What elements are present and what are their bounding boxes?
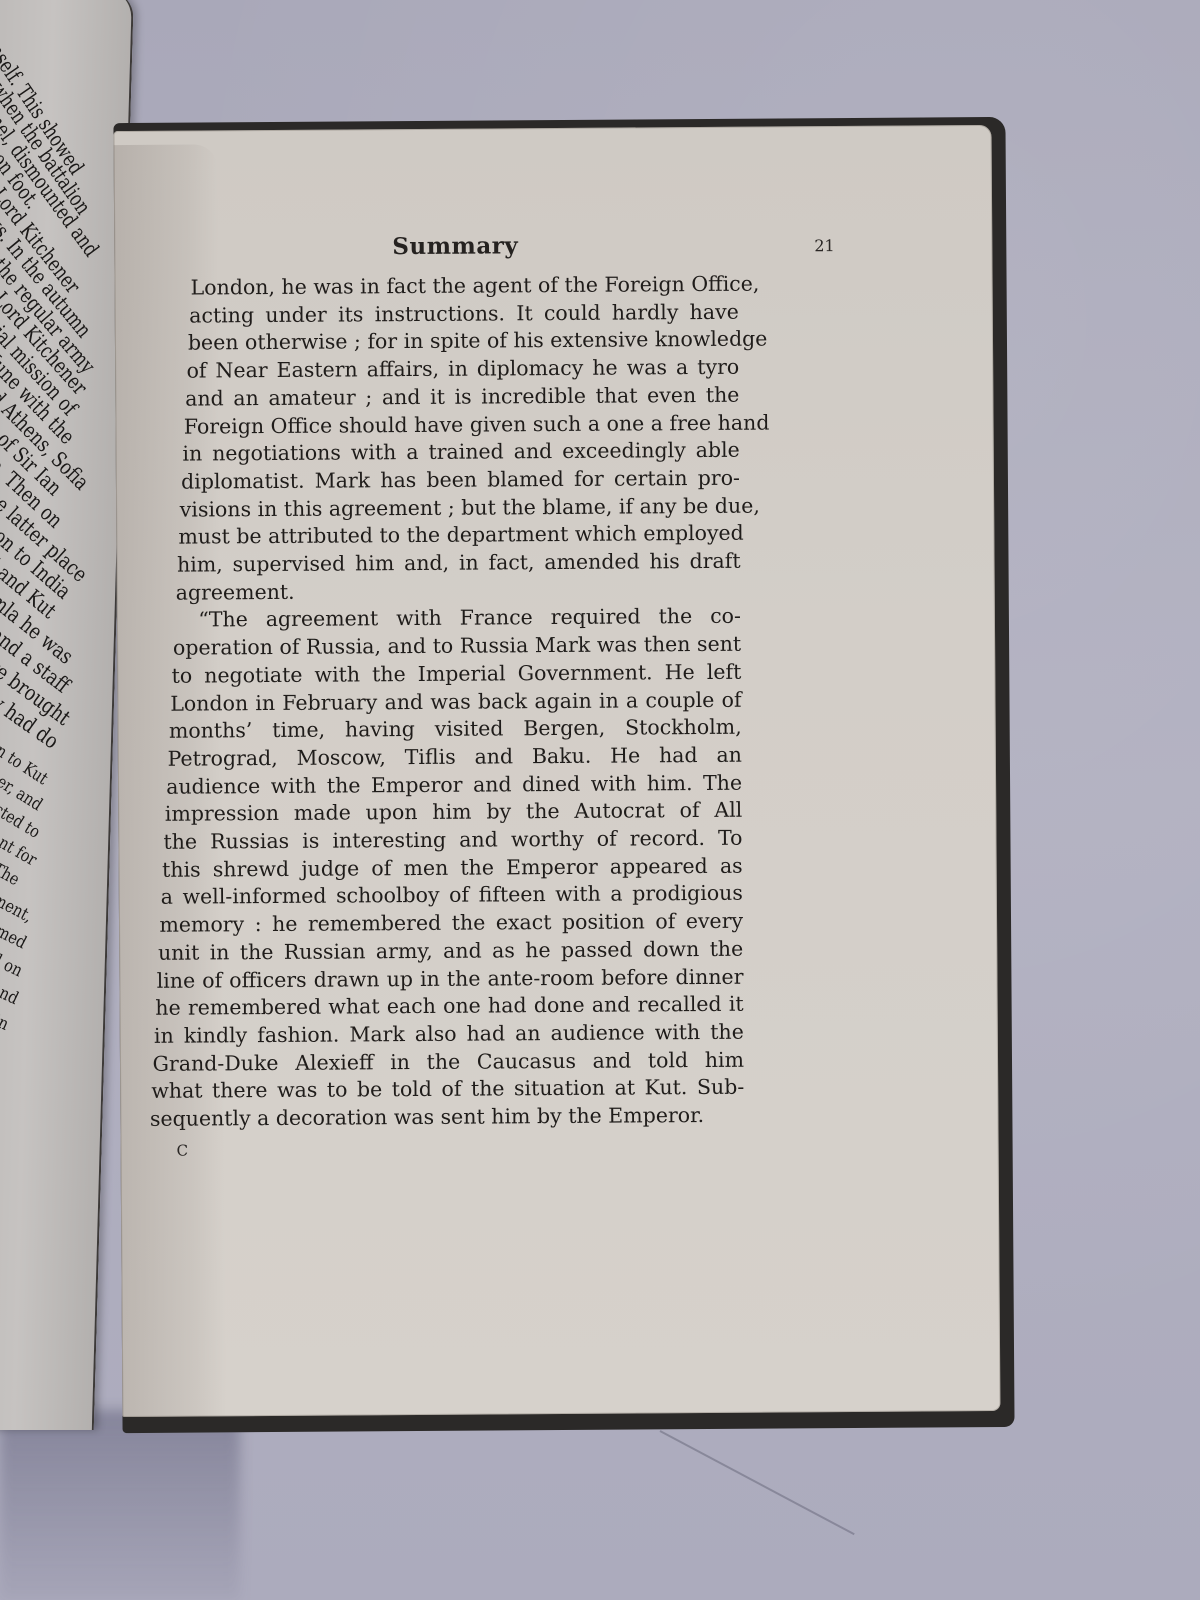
left-text-line: es — [0, 0, 5, 18]
text-line: operation of Russia, and to Russia Mark … — [173, 631, 741, 662]
text-line: line of officers drawn up in the ante-ro… — [157, 963, 744, 994]
text-line: “The agreement with France required the … — [198, 603, 741, 634]
page-number: 21 — [814, 236, 834, 255]
running-title: Summary — [392, 232, 518, 260]
text-line: agreement. — [176, 579, 295, 607]
book-shadow — [0, 1410, 240, 1600]
text-line: must be attributed to the department whi… — [178, 520, 740, 551]
text-line: a well-informed schoolboy of fifteen wit… — [161, 880, 743, 911]
text-line: memory : he remembered the exact positio… — [159, 908, 743, 939]
text-line: to negotiate with the Imperial Governmen… — [172, 659, 742, 690]
text-line: impression made upon him by the Autocrat… — [165, 797, 743, 828]
text-line: London, he was in fact the agent of the … — [191, 271, 739, 302]
text-line: this shrewd judge of men the Emperor app… — [162, 852, 743, 883]
text-line: the Russias is interesting and worthy of… — [163, 825, 742, 856]
text-line: visions in this agreement ; but the blam… — [180, 492, 741, 523]
text-line: been otherwise ; for in spite of his ext… — [188, 326, 739, 357]
text-line: what there was to be told of the situati… — [151, 1074, 744, 1105]
running-head: Summary 21 — [118, 226, 878, 271]
text-line: in kindly fashion. Mark also had an audi… — [154, 1019, 744, 1050]
text-line: acting under its instructions. It could … — [189, 298, 739, 329]
signature-mark: C — [177, 1141, 189, 1159]
body-text: London, he was in fact the agent of the … — [119, 270, 879, 275]
text-line: and an amateur ; and it is incredible th… — [185, 382, 739, 413]
right-page: Summary 21 London, he was in fact the ag… — [114, 125, 1001, 1417]
text-line: Foreign Office should have given such a … — [184, 409, 740, 440]
text-line: him, supervised him and, in fact, amende… — [177, 548, 741, 579]
text-line: sequently a decoration was sent him by t… — [150, 1102, 745, 1133]
text-line: audience with the Emperor and dined with… — [166, 769, 742, 800]
text-line: in negotiations with a trained and excee… — [182, 437, 739, 468]
text-line: months’ time, having visited Bergen, Sto… — [169, 714, 742, 745]
page-content: Summary 21 London, he was in fact the ag… — [118, 226, 878, 271]
text-line: Grand-Duke Alexieff in the Caucasus and … — [153, 1046, 745, 1077]
text-line: London in February and was back again in… — [170, 686, 741, 717]
text-line: unit in the Russian army, and as he pass… — [158, 936, 743, 967]
text-line: of Near Eastern affairs, in diplomacy he… — [186, 354, 739, 385]
text-line: diplomatist. Mark has been blamed for ce… — [181, 465, 740, 496]
text-line: he remembered what each one had done and… — [155, 991, 743, 1022]
text-line: Petrograd, Moscow, Tiflis and Baku. He h… — [167, 742, 742, 773]
